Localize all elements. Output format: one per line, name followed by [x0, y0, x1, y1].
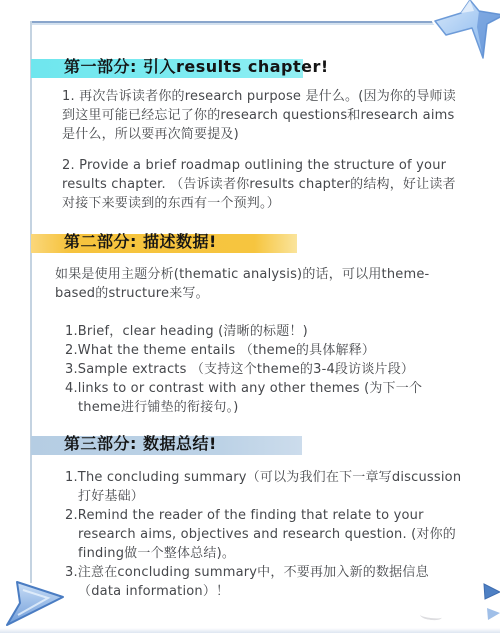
- list-item: 3.Sample extracts （支持这个theme的3-4段访谈片段）: [65, 360, 461, 379]
- section3-list: 1.The concluding summary（可以为我们在下一章写discu…: [65, 468, 463, 601]
- section1-title-highlight: 第一部分: 引入results chapter!: [31, 59, 303, 78]
- list-item: 3.注意在concluding summary中，不要再加入新的数据信息（dat…: [65, 563, 463, 601]
- section2-intro: 如果是使用主题分析(thematic analysis)的话，可以用theme-…: [55, 265, 457, 303]
- list-item: 1.Brief，clear heading (清晰的标题！): [65, 322, 461, 341]
- list-item: 1.The concluding summary（可以为我们在下一章写discu…: [65, 468, 463, 506]
- list-item: 2.What the theme entails （theme的具体解释）: [65, 341, 461, 360]
- list-item: 2.Remind the reader of the finding that …: [65, 506, 463, 563]
- section1-paragraph-1: 1. 再次告诉读者你的research purpose 是什么。(因为你的导师读…: [62, 87, 460, 144]
- pen-smudge-mark: [420, 611, 443, 622]
- section2-title-highlight: 第二部分: 描述数据!: [31, 234, 297, 253]
- frame-left-line: [30, 21, 32, 583]
- section3-title-highlight: 第三部分: 数据总结!: [31, 436, 302, 455]
- arrow-right-icon: [0, 570, 72, 630]
- bottom-edge-shade: [0, 628, 500, 633]
- study-note-page: 第一部分: 引入results chapter! 1. 再次告诉读者你的rese…: [0, 0, 500, 633]
- section2-title: 第二部分: 描述数据!: [31, 232, 217, 252]
- clipped-arrow-icon: [482, 580, 500, 625]
- star-icon: [430, 0, 500, 69]
- section1-paragraph-2: 2. Provide a brief roadmap outlining the…: [62, 156, 460, 213]
- list-item: 4.links to or contrast with any other th…: [65, 379, 461, 417]
- section3-title: 第三部分: 数据总结!: [31, 434, 217, 454]
- section2-list: 1.Brief，clear heading (清晰的标题！) 2.What th…: [65, 322, 461, 417]
- section1-title: 第一部分: 引入results chapter!: [31, 57, 329, 77]
- frame-top-line: [30, 21, 453, 23]
